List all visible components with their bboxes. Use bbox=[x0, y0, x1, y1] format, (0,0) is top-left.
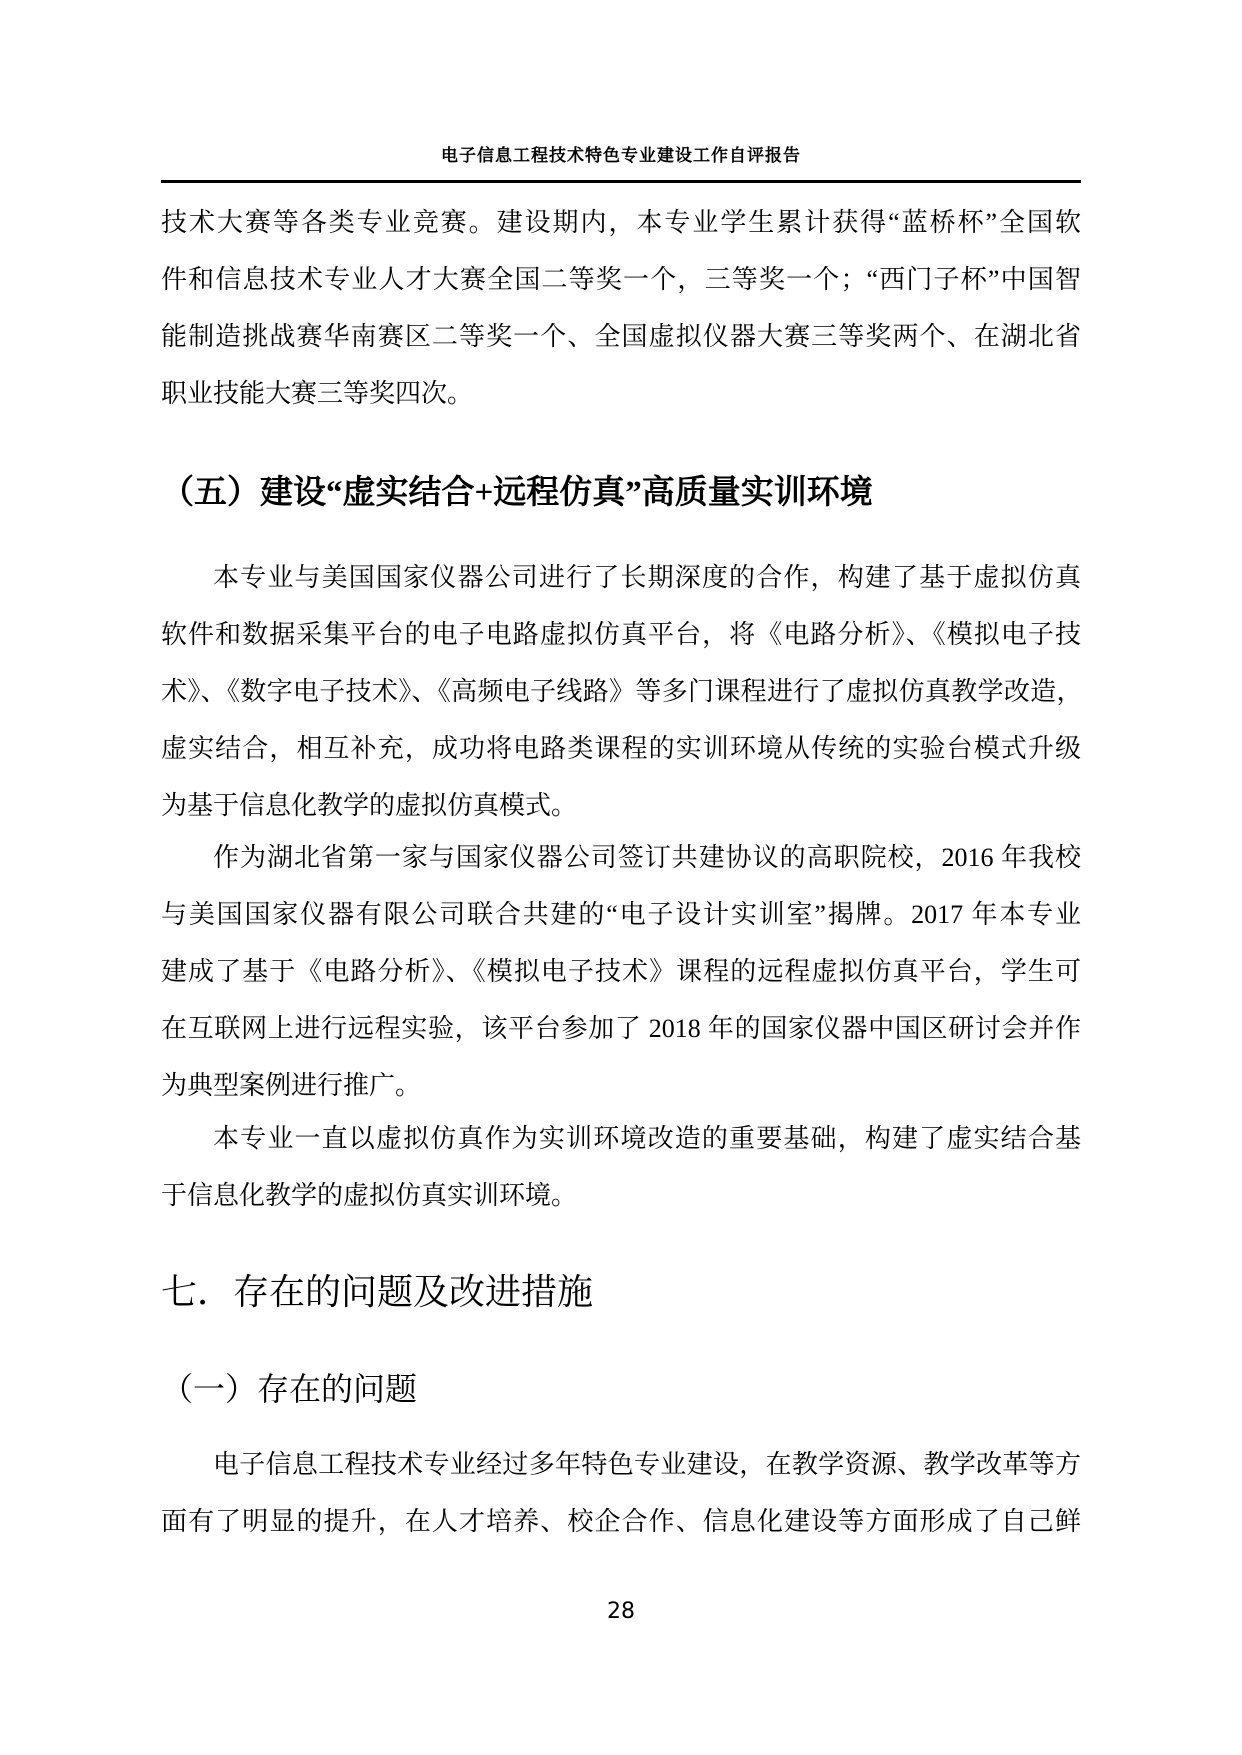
paragraph-problems: 电子信息工程技术专业经过多年特色专业建设，在教学资源、教学改革等方 面有了明显的… bbox=[161, 1436, 1081, 1550]
paragraph-lab-milestones: 作为湖北省第一家与国家仪器公司签订共建协议的高职院校，2016 年我校 与美国国… bbox=[161, 829, 1081, 1114]
paragraph-line: 本专业与美国国家仪器公司进行了长期深度的合作，构建了基于虚拟仿真 bbox=[161, 549, 1081, 606]
header-rule bbox=[161, 180, 1081, 183]
paragraph-competitions: 技术大赛等各类专业竞赛。建设期内，本专业学生累计获得“蓝桥杯”全国软 件和信息技… bbox=[161, 194, 1081, 422]
paragraph-line: 为基于信息化教学的虚拟仿真模式。 bbox=[161, 777, 1081, 834]
paragraph-line: 建成了基于《电路分析》、《模拟电子技术》课程的远程虚拟仿真平台，学生可 bbox=[161, 943, 1081, 1000]
paragraph-ni-cooperation: 本专业与美国国家仪器公司进行了长期深度的合作，构建了基于虚拟仿真 软件和数据采集… bbox=[161, 549, 1081, 834]
paragraph-line: 与美国国家仪器有限公司联合共建的“电子设计实训室”揭牌。2017 年本专业 bbox=[161, 886, 1081, 943]
paragraph-line: 作为湖北省第一家与国家仪器公司签订共建协议的高职院校，2016 年我校 bbox=[161, 829, 1081, 886]
section-heading-five: （五）建设“虚实结合+远程仿真”高质量实训环境 bbox=[161, 469, 1161, 517]
paragraph-simulation-summary: 本专业一直以虚拟仿真作为实训环境改造的重要基础，构建了虚实结合基 于信息化教学的… bbox=[161, 1110, 1081, 1224]
paragraph-line: 面有了明显的提升，在人才培养、校企合作、信息化建设等方面形成了自己鲜 bbox=[161, 1493, 1081, 1550]
paragraph-line: 能制造挑战赛华南赛区二等奖一个、全国虚拟仪器大赛三等奖两个、在湖北省 bbox=[161, 308, 1081, 365]
page-number: 28 bbox=[161, 1598, 1081, 1626]
section-heading-seven: 七．存在的问题及改进措施 bbox=[161, 1267, 1161, 1317]
paragraph-line: 电子信息工程技术专业经过多年特色专业建设，在教学资源、教学改革等方 bbox=[161, 1436, 1081, 1493]
paragraph-line: 软件和数据采集平台的电子电路虚拟仿真平台，将《电路分析》、《模拟电子技 bbox=[161, 606, 1081, 663]
paragraph-line: 术》、《数字电子技术》、《高频电子线路》等多门课程进行了虚拟仿真教学改造， bbox=[161, 663, 1081, 720]
paragraph-line: 虚实结合，相互补充，成功将电路类课程的实训环境从传统的实验台模式升级 bbox=[161, 720, 1081, 777]
page-header-title: 电子信息工程技术特色专业建设工作自评报告 bbox=[161, 143, 1081, 169]
document-page: 电子信息工程技术特色专业建设工作自评报告 技术大赛等各类专业竞赛。建设期内，本专… bbox=[0, 0, 1242, 1755]
paragraph-line: 于信息化教学的虚拟仿真实训环境。 bbox=[161, 1167, 1081, 1224]
paragraph-line: 为典型案例进行推广。 bbox=[161, 1057, 1081, 1114]
paragraph-line: 在互联网上进行远程实验，该平台参加了 2018 年的国家仪器中国区研讨会并作 bbox=[161, 1000, 1081, 1057]
paragraph-line: 职业技能大赛三等奖四次。 bbox=[161, 365, 1081, 422]
paragraph-line: 技术大赛等各类专业竞赛。建设期内，本专业学生累计获得“蓝桥杯”全国软 bbox=[161, 194, 1081, 251]
paragraph-line: 本专业一直以虚拟仿真作为实训环境改造的重要基础，构建了虚实结合基 bbox=[161, 1110, 1081, 1167]
section-heading-seven-one: （一）存在的问题 bbox=[161, 1366, 1161, 1412]
paragraph-line: 件和信息技术专业人才大赛全国二等奖一个，三等奖一个；“西门子杯”中国智 bbox=[161, 251, 1081, 308]
